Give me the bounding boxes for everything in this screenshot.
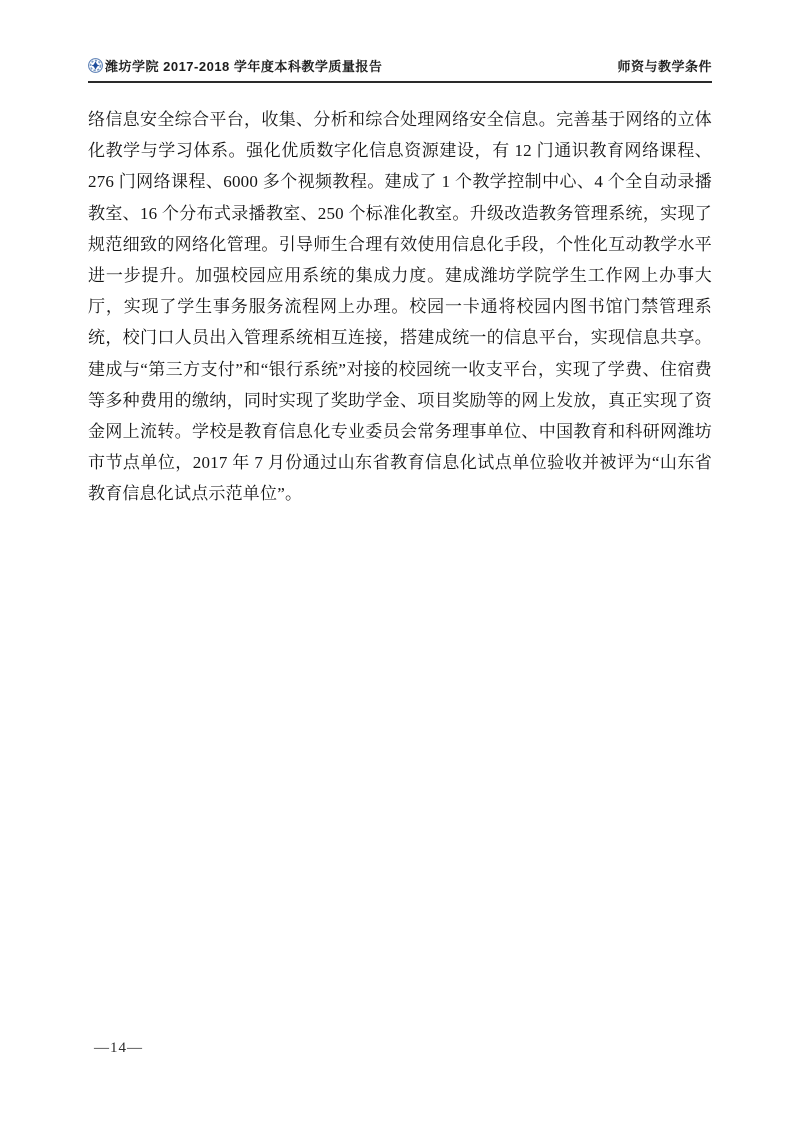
page-header: 潍坊学院 2017-2018 学年度本科教学质量报告 师资与教学条件: [88, 56, 712, 83]
header-report-title: 潍坊学院 2017-2018 学年度本科教学质量报告: [105, 56, 382, 75]
body-paragraph: 络信息安全综合平台，收集、分析和综合处理网络安全信息。完善基于网络的立体化教学与…: [88, 104, 712, 510]
header-section-title: 师资与教学条件: [617, 56, 712, 75]
page-number: —14—: [94, 1040, 143, 1057]
header-left-group: 潍坊学院 2017-2018 学年度本科教学质量报告: [88, 56, 382, 75]
document-page: 潍坊学院 2017-2018 学年度本科教学质量报告 师资与教学条件 络信息安全…: [0, 0, 800, 1131]
university-logo-icon: [88, 58, 103, 73]
